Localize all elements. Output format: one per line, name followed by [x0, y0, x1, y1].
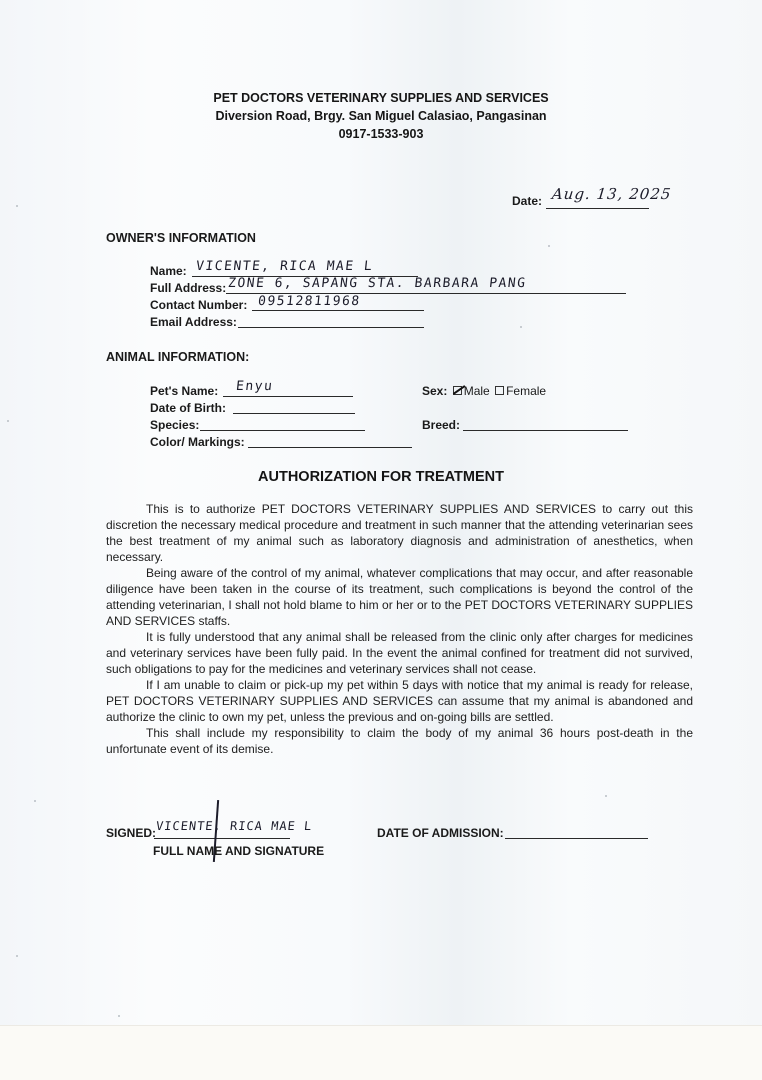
female-checkbox[interactable] — [495, 386, 504, 395]
date-line — [546, 208, 649, 209]
color-markings-line — [248, 447, 412, 448]
male-checkbox[interactable] — [453, 386, 462, 395]
owner-section-title: OWNER'S INFORMATION — [106, 231, 256, 245]
contact-number-label: Contact Number: — [150, 298, 247, 312]
male-option-label: Male — [464, 384, 490, 398]
authorization-paragraph-5: This shall include my responsibility to … — [106, 725, 693, 757]
company-address: Diversion Road, Brgy. San Miguel Calasia… — [0, 107, 762, 125]
scan-speck — [118, 1015, 120, 1017]
date-field[interactable]: Aug. 13, 2025 — [551, 185, 672, 203]
scan-speck — [520, 326, 522, 328]
authorization-paragraph-1: This is to authorize PET DOCTORS VETERIN… — [106, 501, 693, 565]
signature-field[interactable]: VICENTE, RICA MAE L — [155, 819, 313, 833]
company-name: PET DOCTORS VETERINARY SUPPLIES AND SERV… — [0, 89, 762, 107]
color-markings-label: Color/ Markings: — [150, 435, 245, 449]
scan-speck — [16, 205, 18, 207]
species-line — [200, 430, 365, 431]
animal-section-title: ANIMAL INFORMATION: — [106, 350, 249, 364]
dob-label: Date of Birth: — [150, 401, 226, 415]
email-line — [238, 327, 424, 328]
signature-caption: FULL NAME AND SIGNATURE — [153, 844, 324, 858]
authorization-paragraph-4: If I am unable to claim or pick-up my pe… — [106, 677, 693, 725]
date-label: Date: — [512, 194, 542, 208]
scan-speck — [548, 245, 550, 247]
pet-name-line — [223, 396, 353, 397]
contact-number-line — [252, 310, 424, 311]
admission-date-line — [505, 838, 648, 839]
owner-address-label: Full Address: — [150, 281, 226, 295]
signed-label: SIGNED: — [106, 826, 156, 840]
owner-address-field[interactable]: ZONE 6, SAPANG STA. BARBARA PANG — [227, 276, 527, 291]
scan-speck — [16, 955, 18, 957]
scan-speck — [605, 795, 607, 797]
sex-row: Sex: Male Female — [422, 384, 546, 398]
pet-name-field[interactable]: Enyu — [235, 379, 274, 394]
contact-number-field[interactable]: 09512811968 — [257, 294, 361, 309]
authorization-title: AUTHORIZATION FOR TREATMENT — [0, 469, 762, 485]
dob-line — [233, 413, 355, 414]
breed-line — [463, 430, 628, 431]
species-label: Species: — [150, 418, 199, 432]
scanner-bottom-strip — [0, 1025, 762, 1080]
company-phone: 0917-1533-903 — [0, 125, 762, 143]
authorization-body: This is to authorize PET DOCTORS VETERIN… — [106, 501, 693, 757]
female-option-label: Female — [506, 384, 546, 398]
pet-name-label: Pet's Name: — [150, 384, 218, 398]
sex-label: Sex: — [422, 384, 447, 398]
scan-speck — [7, 420, 9, 422]
authorization-paragraph-3: It is fully understood that any animal s… — [106, 629, 693, 677]
breed-label: Breed: — [422, 418, 460, 432]
owner-name-label: Name: — [150, 264, 187, 278]
scan-speck — [34, 800, 36, 802]
authorization-paragraph-2: Being aware of the control of my animal,… — [106, 565, 693, 629]
email-label: Email Address: — [150, 315, 237, 329]
signature-line — [154, 838, 290, 839]
admission-date-label: DATE OF ADMISSION: — [377, 826, 504, 840]
owner-name-field[interactable]: VICENTE, RICA MAE L — [195, 259, 374, 274]
